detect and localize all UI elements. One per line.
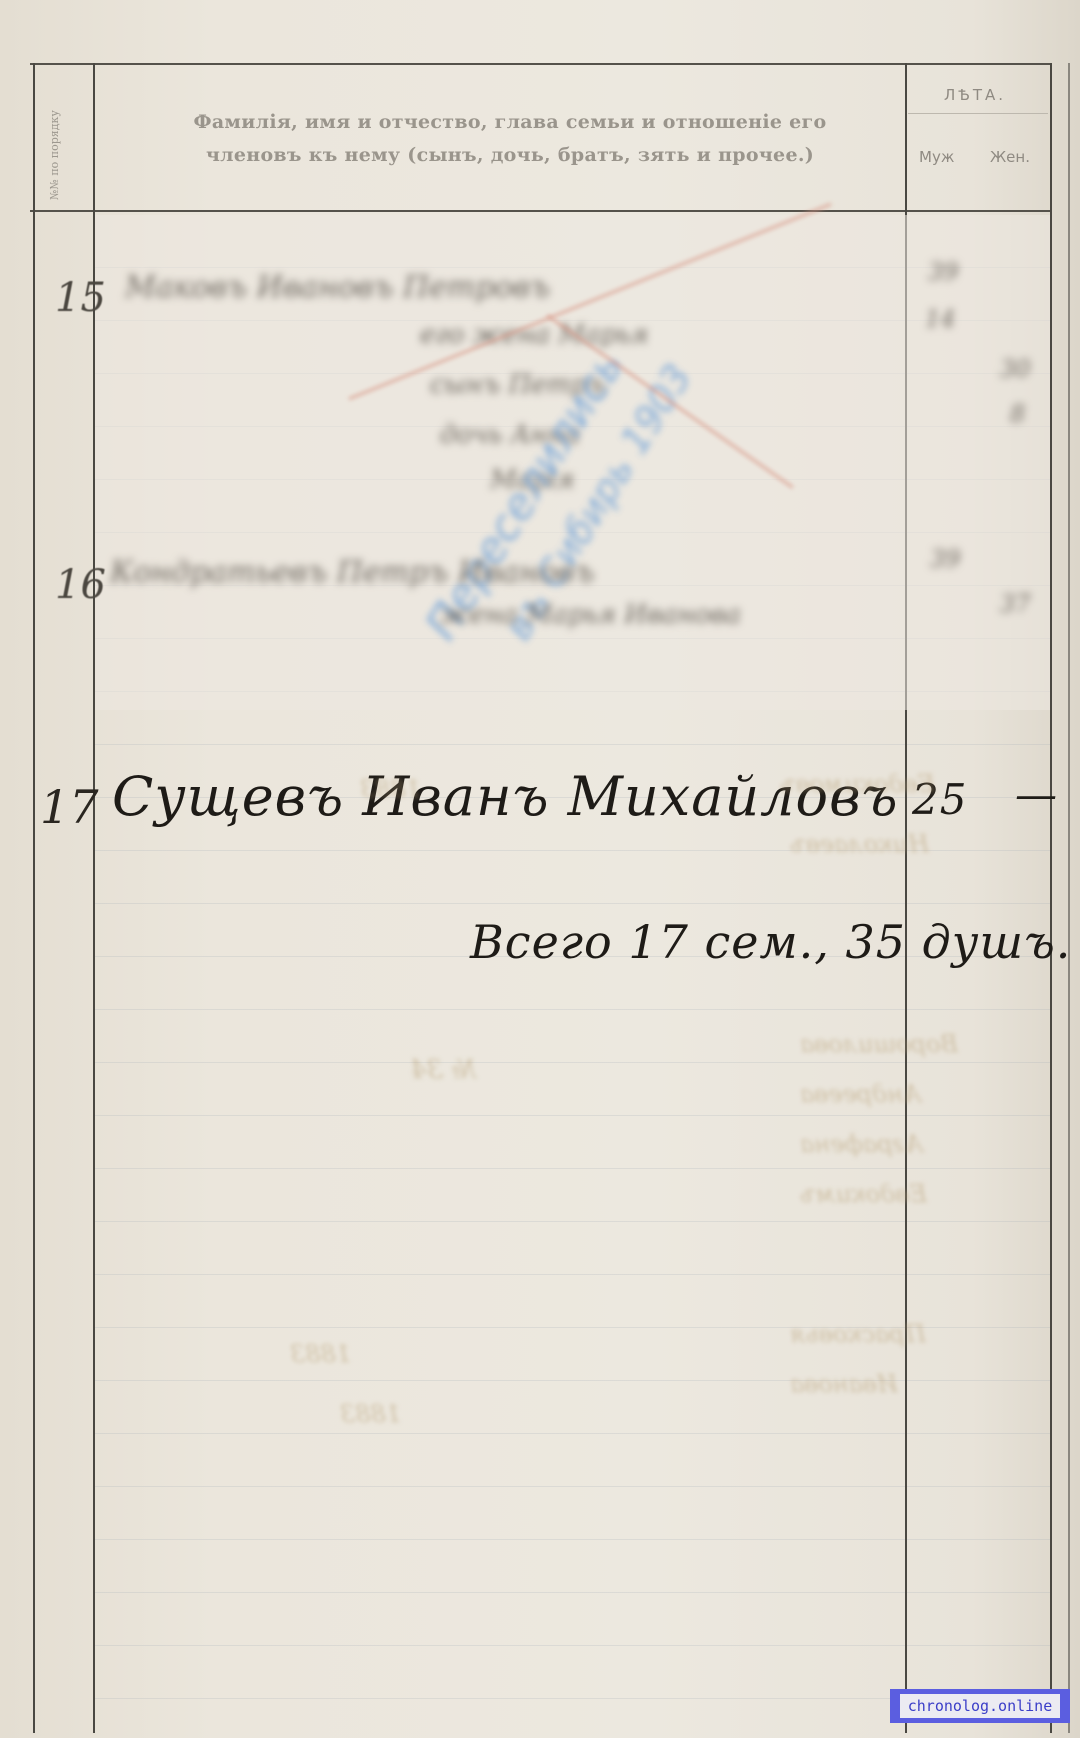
watermark-badge: chronolog.online	[890, 1689, 1070, 1723]
watermark-text: chronolog.online	[900, 1694, 1061, 1718]
bleed-through-text: Николаевъ	[790, 830, 929, 858]
entry-number-17: 17	[40, 780, 99, 834]
entry-16-age: 37	[1000, 590, 1031, 618]
entry-15-age: 8	[1010, 400, 1025, 428]
name-column-header-line2: членовъ къ нему (сынъ, дочь, братъ, зять…	[120, 139, 900, 172]
bleed-through-text: Прасковья	[790, 1320, 926, 1348]
bleed-through-text: Иванова	[790, 1370, 898, 1398]
bleed-through-text: Ворошилова	[800, 1030, 958, 1058]
age-header-divider	[908, 113, 1048, 114]
bleed-through-text: Андреева	[800, 1080, 921, 1108]
number-column-header: №№ по порядку	[48, 60, 61, 200]
table-top-border	[30, 63, 1050, 65]
entry-15-age: 30	[1000, 355, 1031, 383]
age-column-header: ЛѢТА.	[905, 86, 1045, 104]
entry-15-line: Маковъ Ивановъ Петровъ	[125, 270, 550, 305]
entry-number-15: 15	[55, 275, 106, 321]
age-male-header: Муж	[919, 148, 954, 166]
age-female-header: Жен.	[990, 148, 1030, 166]
entry-16-line: жена Марья Иванова	[440, 600, 741, 630]
entry-17-age-female: —	[1015, 770, 1058, 819]
entry-15-age: 39	[928, 258, 959, 286]
register-page: №№ по порядку Фамилія, имя и отчество, г…	[0, 0, 1080, 1738]
entry-17-summary: Всего 17 сем., 35 душъ.	[470, 915, 1071, 969]
header-bottom-border	[30, 210, 1050, 212]
bleed-through-text: 1883	[360, 775, 421, 803]
entry-number-16: 16	[55, 562, 106, 608]
table-right-border	[1050, 63, 1052, 1733]
bleed-through-text: 1883	[340, 1400, 401, 1428]
bleed-through-text: Евдокимъ	[800, 1180, 927, 1208]
bleed-through-text: 1883	[290, 1340, 351, 1368]
name-column-header-line1: Фамилія, имя и отчество, глава семьи и о…	[120, 106, 900, 139]
entry-16-line: Кондратьевъ Петръ Ивановъ	[110, 555, 595, 590]
page-edge	[1068, 63, 1070, 1733]
bleed-through-text: Аграфена	[800, 1130, 923, 1158]
name-column-header: Фамилія, имя и отчество, глава семьи и о…	[120, 106, 900, 172]
bleed-through-text: № 34	[410, 1055, 476, 1085]
bleed-through-text: Евдокимовъ	[780, 770, 935, 798]
entry-16-age: 39	[930, 545, 961, 573]
table-left-border	[33, 63, 35, 1733]
entry-15-age: 14	[925, 305, 956, 333]
